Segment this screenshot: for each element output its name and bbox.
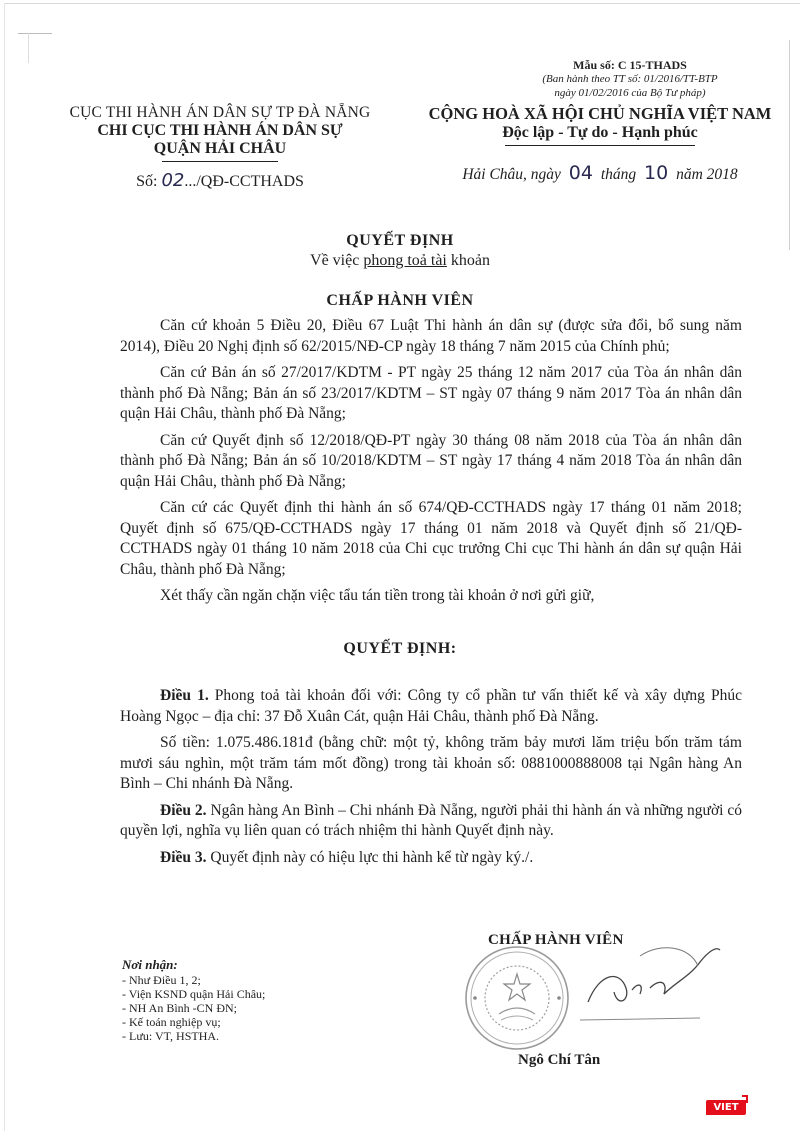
signer-name: Ngô Chí Tân (518, 1052, 600, 1069)
number-prefix: Số: (136, 173, 161, 190)
divider (505, 145, 695, 146)
list-item: NH An Bình -CN ĐN; (122, 1001, 265, 1015)
article-label: Điều 2. (160, 802, 207, 819)
scan-border-top (4, 3, 800, 4)
article-text: Quyết định này có hiệu lực thi hành kể t… (207, 849, 534, 866)
recipients-block: Nơi nhận: Như Điều 1, 2; Viện KSND quận … (122, 958, 265, 1043)
sub-agency-line2: QUẬN HẢI CHÂU (40, 140, 400, 158)
date-month-label: tháng (601, 166, 636, 183)
issuing-agency-block: CỤC THI HÀNH ÁN DÂN SỰ TP ĐÀ NẴNG CHI CỤ… (40, 104, 400, 191)
preamble-paragraph: Căn cứ Quyết định số 12/2018/QĐ-PT ngày … (120, 431, 742, 493)
sub-agency-line1: CHI CỤC THI HÀNH ÁN DÂN SỰ (40, 122, 400, 140)
scan-border-left (4, 3, 5, 1131)
list-item: Lưu: VT, HSTHA. (122, 1029, 265, 1043)
subject-prefix: Về việc (310, 252, 363, 269)
form-basis-line2: ngày 01/02/2016 của Bộ Tư pháp) (400, 86, 800, 100)
document-subject: Về việc phong toả tài khoản (0, 252, 800, 270)
national-header-block: Mẫu số: C 15-THADS (Ban hành theo TT số:… (400, 58, 800, 184)
form-basis-line1: (Ban hành theo TT số: 01/2016/TT-BTP (400, 72, 800, 86)
list-item: Kế toán nghiệp vụ; (122, 1015, 265, 1029)
date-day: 04 (569, 162, 593, 184)
article-2: Điều 2. Ngân hàng An Bình – Chi nhánh Đà… (120, 801, 742, 842)
article-1: Điều 1. Phong toả tài khoản đối với: Côn… (120, 686, 742, 727)
national-motto: Độc lập - Tự do - Hạnh phúc (400, 123, 800, 142)
date-month: 10 (644, 162, 668, 184)
official-seal-icon (463, 944, 571, 1052)
handwritten-signature-icon (580, 942, 730, 1022)
place-date-line: Hải Châu, ngày 04 tháng 10 năm 2018 (400, 162, 800, 184)
preamble-paragraph: Căn cứ Bản án số 27/2017/KDTM - PT ngày … (120, 363, 742, 425)
decision-heading: QUYẾT ĐỊNH: (0, 640, 800, 658)
preamble-paragraph: Xét thấy cần ngăn chặn việc tẩu tán tiền… (120, 586, 742, 607)
country-name: CỘNG HOÀ XÃ HỘI CHỦ NGHĨA VIỆT NAM (400, 104, 800, 123)
subject-suffix: khoản (447, 252, 490, 269)
date-place: Hải Châu, ngày (462, 166, 561, 183)
article-text: Số tiền: 1.075.486.181đ (bằng chữ: một t… (120, 734, 742, 792)
subject-underlined: phong toả tài (363, 252, 447, 269)
article-label: Điều 3. (160, 849, 207, 866)
parent-agency: CỤC THI HÀNH ÁN DÂN SỰ TP ĐÀ NẴNG (40, 104, 400, 122)
document-title: QUYẾT ĐỊNH (0, 232, 800, 250)
articles: Điều 1. Phong toả tài khoản đối với: Côn… (120, 686, 742, 874)
number-suffix: .../QĐ-CCTHADS (184, 173, 304, 190)
scan-mark (28, 33, 29, 63)
article-3: Điều 3. Quyết định này có hiệu lực thi h… (120, 848, 742, 869)
preamble-paragraph: Căn cứ các Quyết định thi hành án số 674… (120, 498, 742, 580)
list-item: Như Điều 1, 2; (122, 973, 265, 987)
article-text: Phong toả tài khoản đối với: Công ty cổ … (120, 687, 742, 725)
date-year: năm 2018 (676, 166, 738, 183)
article-text: Ngân hàng An Bình – Chi nhánh Đà Nẵng, n… (120, 802, 742, 840)
divider (162, 161, 278, 162)
preamble: Căn cứ khoản 5 Điều 20, Điều 67 Luật Thi… (120, 316, 742, 613)
list-item: Viện KSND quận Hải Châu; (122, 987, 265, 1001)
article-label: Điều 1. (160, 687, 209, 704)
signer-title: CHẤP HÀNH VIÊN (488, 932, 624, 949)
badge-accent-icon (742, 1095, 748, 1103)
scan-mark (18, 33, 52, 34)
article-1-amount: Số tiền: 1.075.486.181đ (bằng chữ: một t… (120, 733, 742, 795)
document-number: Số: 02.../QĐ-CCTHADS (40, 172, 400, 191)
scanned-document-page: CỤC THI HÀNH ÁN DÂN SỰ TP ĐÀ NẴNG CHI CỤ… (0, 0, 800, 1132)
officer-heading: CHẤP HÀNH VIÊN (0, 292, 800, 310)
publisher-badge: VIET (706, 1100, 746, 1115)
number-handwritten: 02 (161, 170, 184, 191)
recipients-list: Như Điều 1, 2; Viện KSND quận Hải Châu; … (122, 973, 265, 1043)
recipients-label: Nơi nhận: (122, 958, 265, 972)
preamble-paragraph: Căn cứ khoản 5 Điều 20, Điều 67 Luật Thi… (120, 316, 742, 357)
form-number: Mẫu số: C 15-THADS (400, 58, 800, 72)
